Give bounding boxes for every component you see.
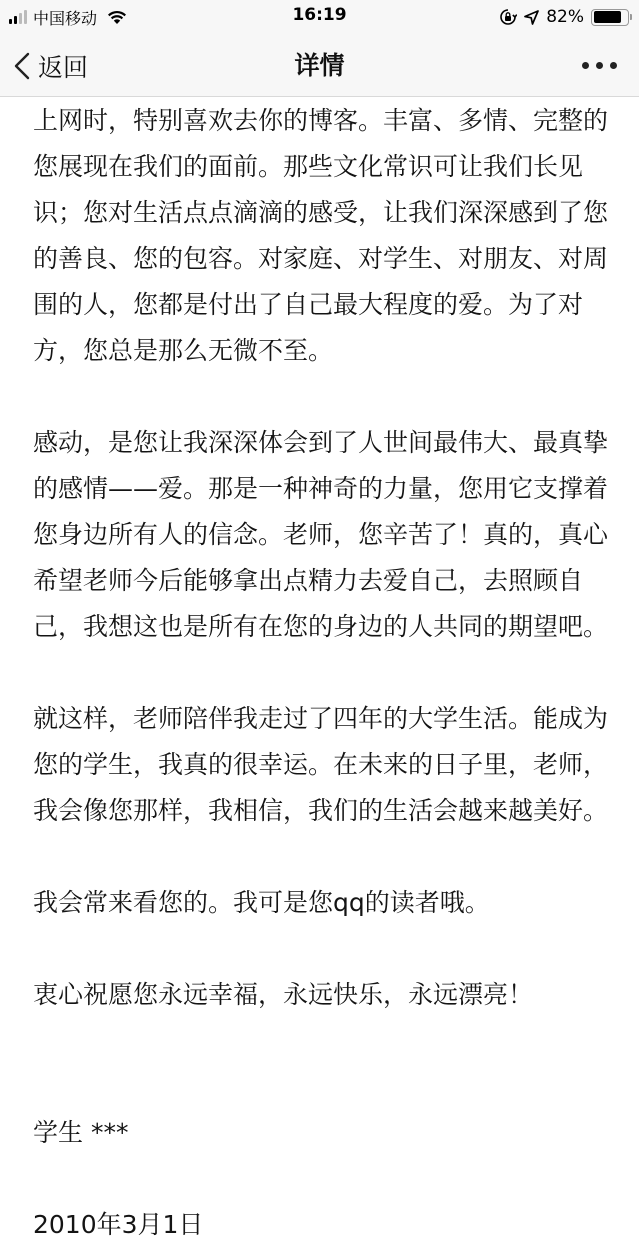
- wifi-icon: [107, 10, 127, 25]
- article-paragraph: 我会常来看您的。我可是您qq的读者哦。: [33, 880, 609, 926]
- carrier-name: 中国移动: [33, 6, 97, 29]
- battery-fill: [594, 11, 621, 23]
- navigation-bar: 返回 详情: [0, 34, 639, 97]
- article-content: 上网时，特别喜欢去你的博客。丰富、多情、完整的您展现在我们的面前。那些文化常识可…: [33, 98, 609, 1137]
- page-title: 详情: [0, 34, 639, 97]
- more-button[interactable]: [582, 34, 617, 97]
- article-paragraph: 就这样，老师陪伴我走过了四年的大学生活。能成为您的学生，我真的很幸运。在未来的日…: [33, 696, 609, 834]
- battery-body: [591, 9, 629, 26]
- battery-icon: [591, 9, 632, 26]
- status-right: 82%: [499, 5, 632, 29]
- article-paragraph: 上网时，特别喜欢去你的博客。丰富、多情、完整的您展现在我们的面前。那些文化常识可…: [33, 98, 609, 374]
- back-label: 返回: [38, 48, 88, 84]
- location-icon: [524, 10, 539, 25]
- article-paragraph: 感动，是您让我深深体会到了人世间最伟大、最真挚的感情——爱。那是一种神奇的力量，…: [33, 420, 609, 650]
- signature: 学生 ***: [33, 1110, 609, 1137]
- article-paragraph: 衷心祝愿您永远幸福，永远快乐，永远漂亮！: [33, 972, 609, 1018]
- back-button[interactable]: 返回: [12, 34, 88, 97]
- more-dots-icon: [582, 62, 589, 69]
- more-dots-icon: [596, 62, 603, 69]
- status-bar: 中国移动 16:19 82%: [0, 0, 639, 34]
- battery-tip: [630, 14, 632, 20]
- chevron-left-icon: [12, 51, 32, 81]
- orientation-lock-icon: [499, 8, 517, 26]
- signal-icon: [9, 10, 27, 24]
- status-left: 中国移动: [9, 5, 127, 29]
- more-dots-icon: [610, 62, 617, 69]
- battery-percent: 82%: [546, 7, 584, 27]
